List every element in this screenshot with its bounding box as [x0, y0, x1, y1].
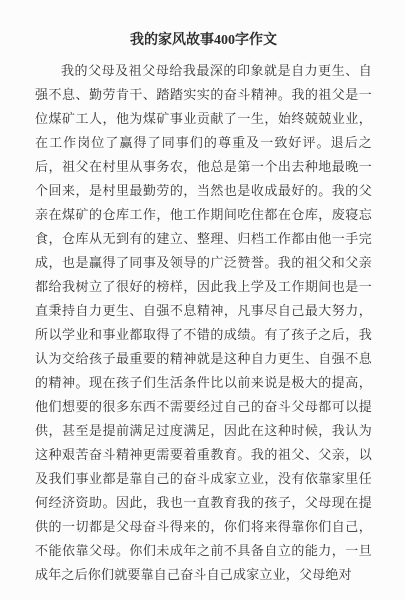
document-body-paragraph: 我的父母及祖父母给我最深的印象就是自力更生、自强不息、勤劳肯干、踏踏实实的奋斗精…	[35, 59, 372, 587]
document-page: 我的家风故事400字作文 我的父母及祖父母给我最深的印象就是自力更生、自强不息、…	[0, 0, 405, 600]
document-title: 我的家风故事400字作文	[35, 30, 372, 52]
